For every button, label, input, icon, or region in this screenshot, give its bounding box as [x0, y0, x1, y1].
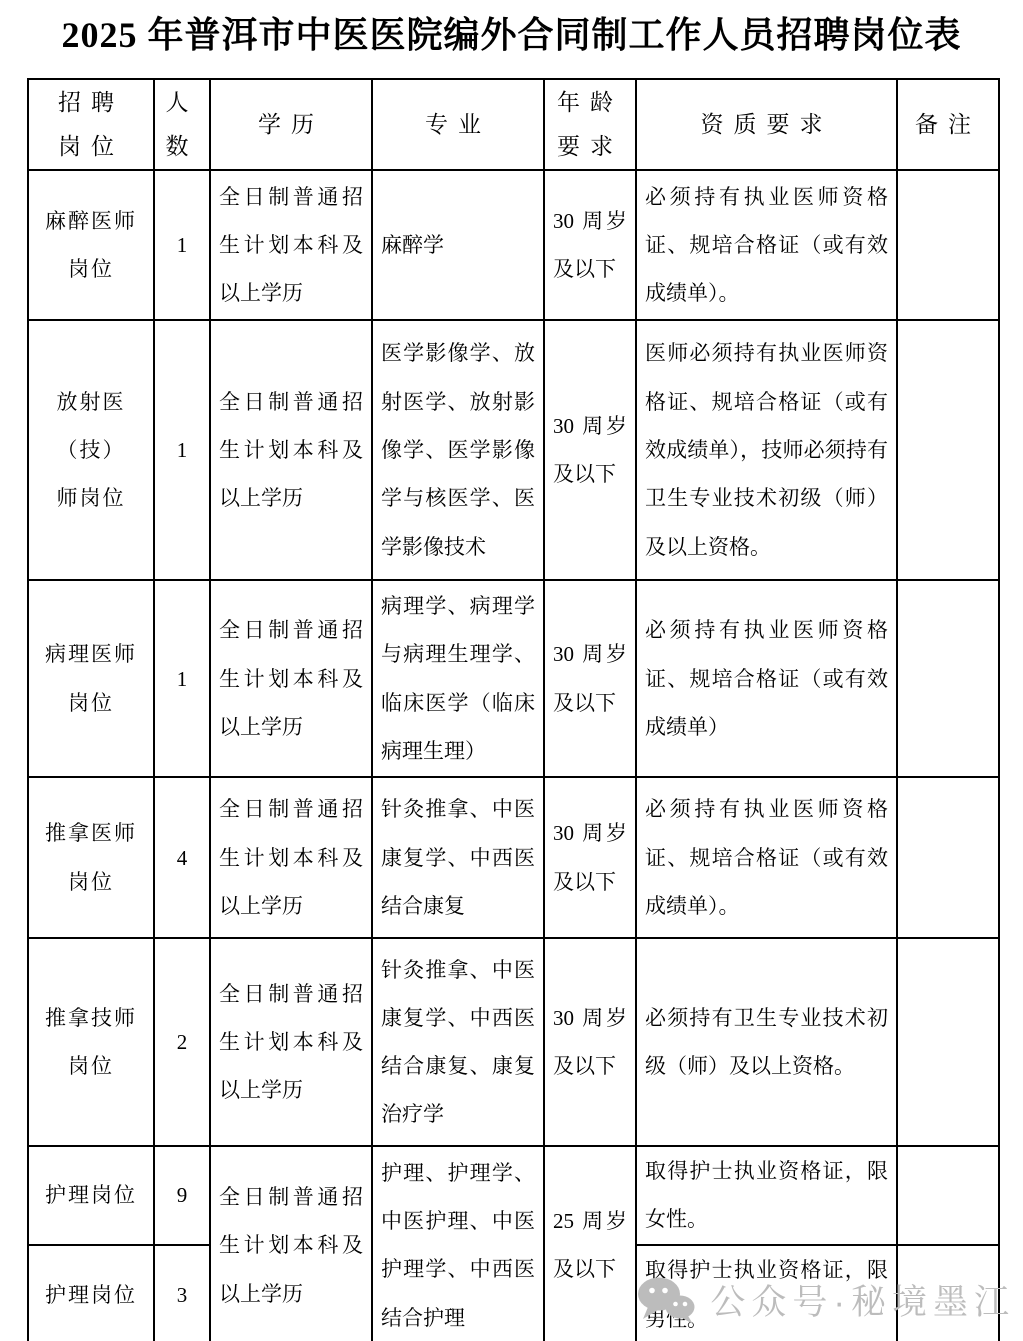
header-cell-position: 招聘 岗位 [28, 79, 154, 170]
cell-age: 30 周岁及以下 [544, 777, 636, 938]
recruitment-table: 招聘 岗位 人 数 学历 专业 年龄 要求 资质要求 备注 麻醉医师 岗位 1 … [27, 78, 1000, 1341]
header-row: 招聘 岗位 人 数 学历 专业 年龄 要求 资质要求 备注 [28, 79, 999, 170]
table-row: 推拿技师 岗位 2 全日制普通招生计划本科及以上学历 针灸推拿、中医康复学、中西… [28, 938, 999, 1146]
cell-count: 1 [154, 580, 210, 777]
cell-note [897, 1245, 999, 1341]
header-cell-qualification: 资质要求 [636, 79, 897, 170]
cell-count: 4 [154, 777, 210, 938]
header-cell-major: 专业 [372, 79, 544, 170]
cell-education: 全日制普通招生计划本科及以上学历 [210, 938, 372, 1146]
cell-note [897, 938, 999, 1146]
cell-count: 9 [154, 1146, 210, 1245]
cell-position: 病理医师 岗位 [28, 580, 154, 777]
cell-education: 全日制普通招生计划本科及以上学历 [210, 170, 372, 320]
cell-education: 全日制普通招生计划本科及以上学历 [210, 580, 372, 777]
cell-position: 护理岗位 [28, 1245, 154, 1341]
cell-major: 针灸推拿、中医康复学、中西医结合康复、康复治疗学 [372, 938, 544, 1146]
cell-major: 针灸推拿、中医康复学、中西医结合康复 [372, 777, 544, 938]
cell-note [897, 1146, 999, 1245]
cell-education: 全日制普通招生计划本科及以上学历 [210, 320, 372, 580]
cell-qualification: 取得护士执业资格证，限女性。 [636, 1146, 897, 1245]
cell-position: 放射医（技） 师岗位 [28, 320, 154, 580]
cell-age: 30 周岁及以下 [544, 580, 636, 777]
header-cell-count: 人 数 [154, 79, 210, 170]
cell-note [897, 170, 999, 320]
cell-qualification: 必须持有执业医师资格证、规培合格证（或有效成绩单）。 [636, 777, 897, 938]
cell-count: 2 [154, 938, 210, 1146]
cell-qualification: 必须持有执业医师资格证、规培合格证（或有效成绩单） [636, 580, 897, 777]
header-cell-note: 备注 [897, 79, 999, 170]
cell-position: 推拿医师 岗位 [28, 777, 154, 938]
cell-qualification: 取得护士执业资格证，限男性。 [636, 1245, 897, 1341]
cell-age: 30 周岁及以下 [544, 320, 636, 580]
table-row: 麻醉医师 岗位 1 全日制普通招生计划本科及以上学历 麻醉学 30 周岁及以下 … [28, 170, 999, 320]
cell-note [897, 777, 999, 938]
cell-age-merged: 25 周岁及以下 [544, 1146, 636, 1341]
cell-major: 病理学、病理学与病理生理学、临床医学（临床病理生理） [372, 580, 544, 777]
cell-major: 医学影像学、放射医学、放射影像学、医学影像学与核医学、医学影像技术 [372, 320, 544, 580]
cell-education-merged: 全日制普通招生计划本科及以上学历 [210, 1146, 372, 1341]
cell-count: 1 [154, 170, 210, 320]
cell-qualification: 必须持有执业医师资格证、规培合格证（或有效成绩单）。 [636, 170, 897, 320]
header-cell-education: 学历 [210, 79, 372, 170]
cell-age: 30 周岁及以下 [544, 938, 636, 1146]
cell-position: 护理岗位 [28, 1146, 154, 1245]
page-title: 2025 年普洱市中医医院编外合同制工作人员招聘岗位表 [0, 14, 1023, 57]
cell-count: 1 [154, 320, 210, 580]
table-row: 放射医（技） 师岗位 1 全日制普通招生计划本科及以上学历 医学影像学、放射医学… [28, 320, 999, 580]
cell-position: 推拿技师 岗位 [28, 938, 154, 1146]
cell-major: 麻醉学 [372, 170, 544, 320]
cell-qualification: 必须持有卫生专业技术初级（师）及以上资格。 [636, 938, 897, 1146]
cell-major-merged: 护理、护理学、中医护理、中医护理学、中西医结合护理 [372, 1146, 544, 1341]
cell-note [897, 580, 999, 777]
cell-position: 麻醉医师 岗位 [28, 170, 154, 320]
cell-qualification: 医师必须持有执业医师资格证、规培合格证（或有效成绩单），技师必须持有卫生专业技术… [636, 320, 897, 580]
cell-note [897, 320, 999, 580]
table-row: 病理医师 岗位 1 全日制普通招生计划本科及以上学历 病理学、病理学与病理生理学… [28, 580, 999, 777]
cell-age: 30 周岁及以下 [544, 170, 636, 320]
table-row: 护理岗位 9 全日制普通招生计划本科及以上学历 护理、护理学、中医护理、中医护理… [28, 1146, 999, 1245]
cell-count: 3 [154, 1245, 210, 1341]
header-cell-age: 年龄 要求 [544, 79, 636, 170]
table-row: 推拿医师 岗位 4 全日制普通招生计划本科及以上学历 针灸推拿、中医康复学、中西… [28, 777, 999, 938]
cell-education: 全日制普通招生计划本科及以上学历 [210, 777, 372, 938]
